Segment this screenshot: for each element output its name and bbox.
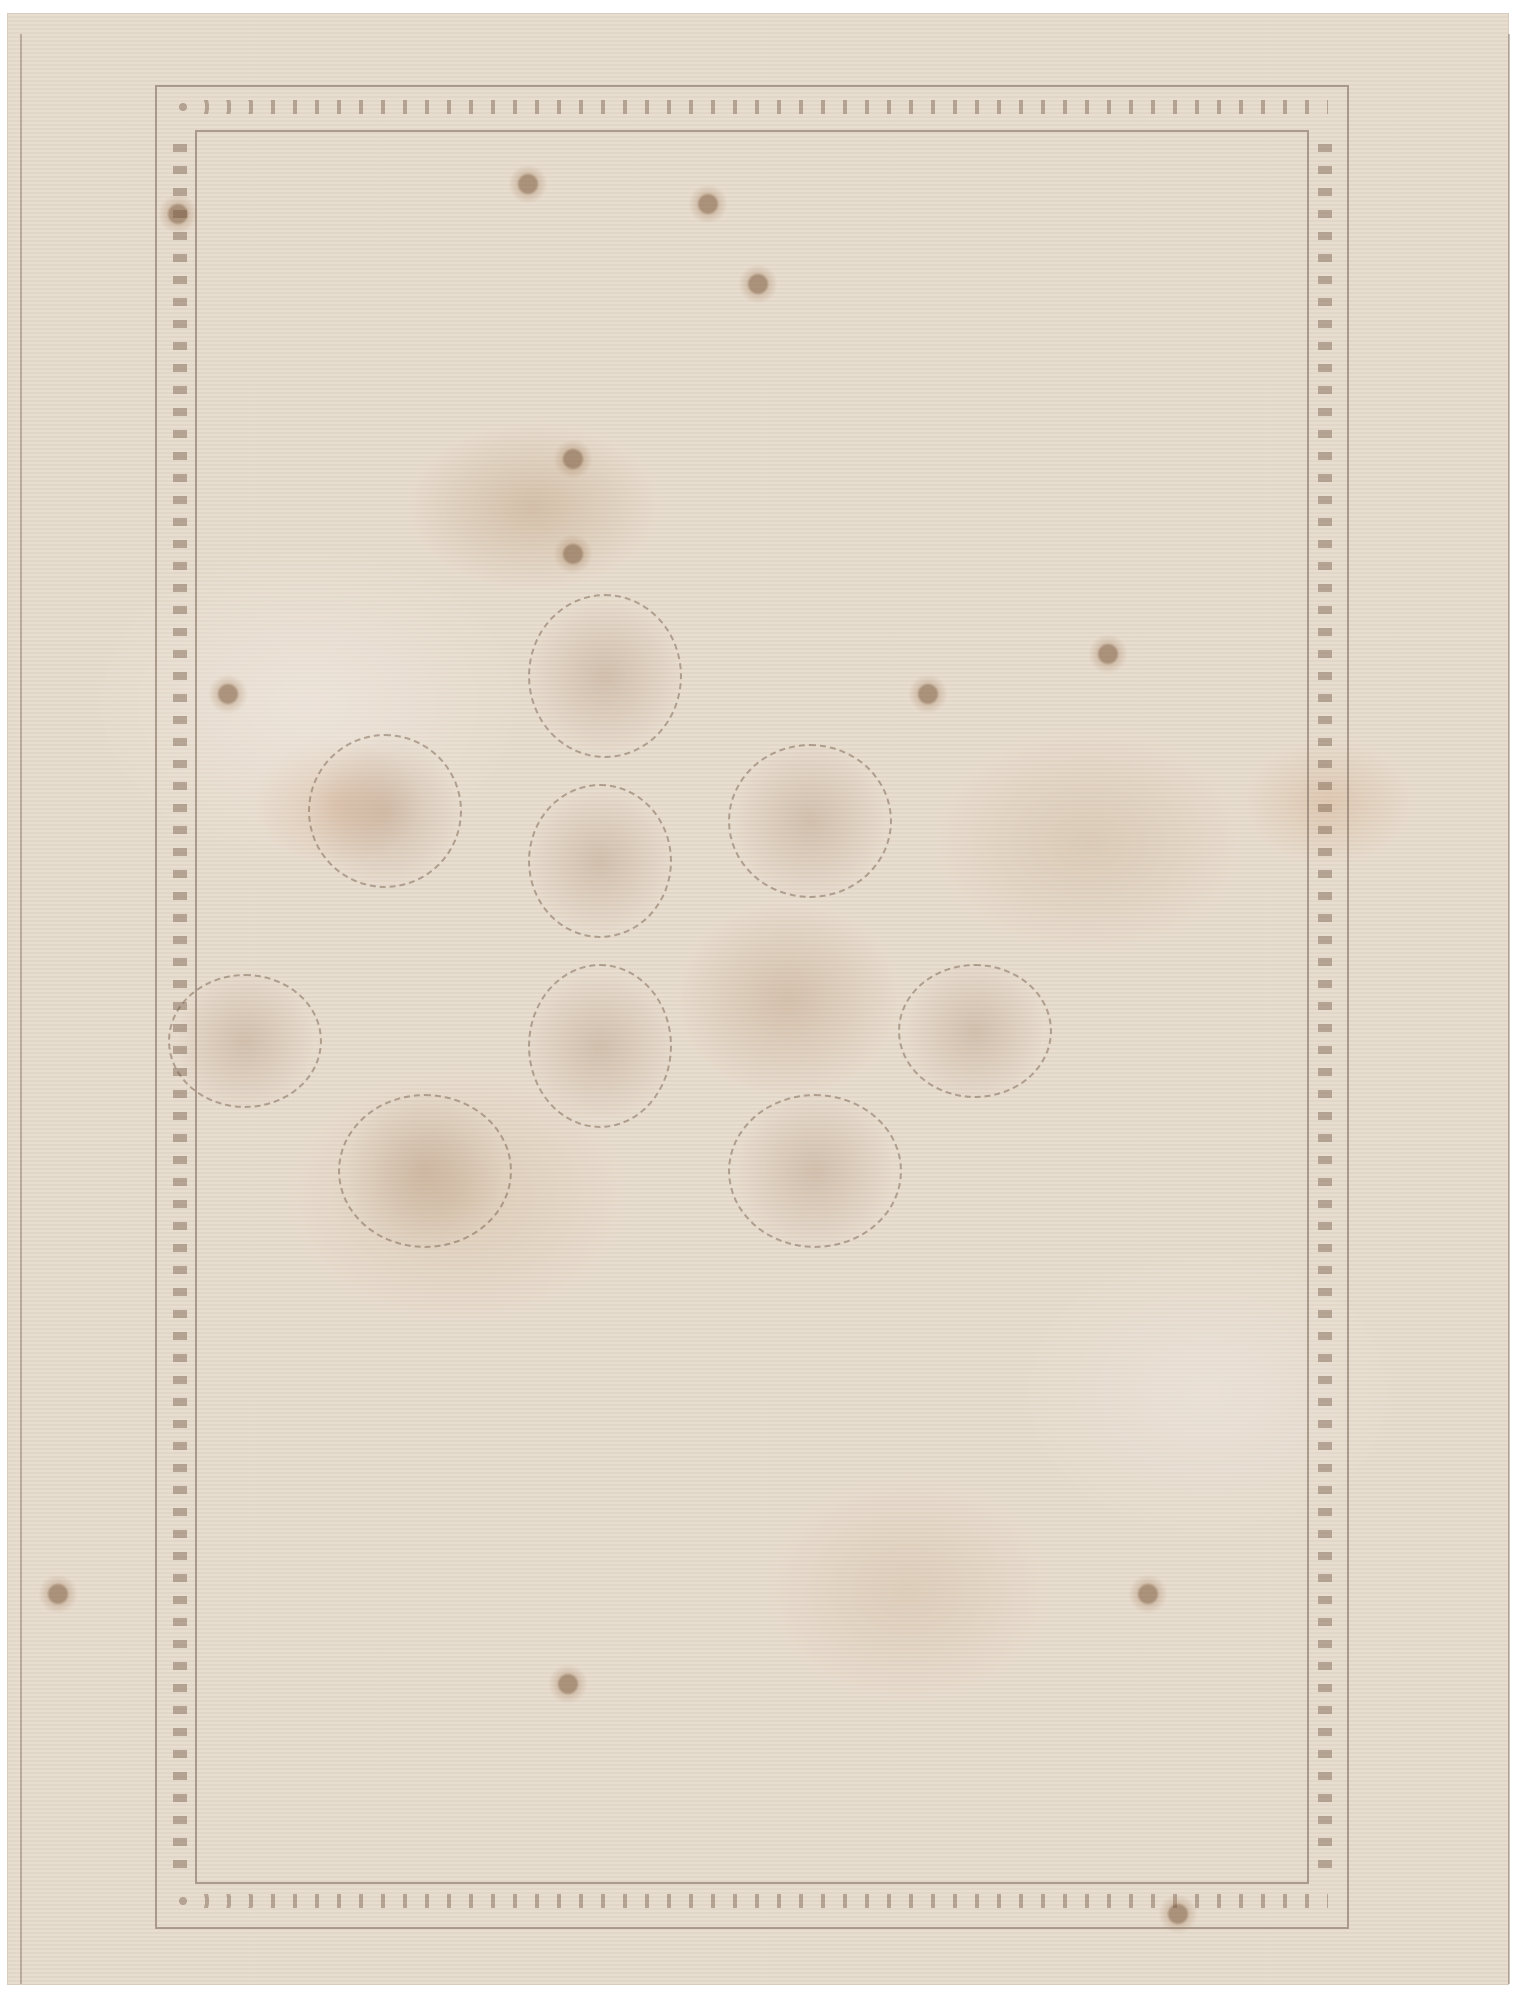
flower-motif <box>38 1574 78 1614</box>
flower-motif <box>208 674 248 714</box>
flower-motif <box>508 164 548 204</box>
flower-motif <box>1088 634 1128 674</box>
right-field-motif <box>898 964 1052 1098</box>
flower-motif <box>738 264 778 304</box>
center-lower-medallion <box>528 964 672 1128</box>
flower-motif <box>158 194 198 234</box>
flower-motif <box>553 439 593 479</box>
center-top-medallion <box>528 594 682 758</box>
guard-border-top-pattern <box>173 100 1328 114</box>
inner-field-border <box>195 130 1309 1884</box>
flower-motif <box>553 534 593 574</box>
rug-left-edge <box>20 34 22 1984</box>
rug <box>8 14 1508 1984</box>
flower-motif <box>908 674 948 714</box>
flower-motif <box>688 184 728 224</box>
center-medallion <box>528 784 672 938</box>
left-field-motif <box>168 974 322 1108</box>
left-rosette-motif <box>308 734 462 888</box>
lower-left-motif <box>338 1094 512 1248</box>
rug-right-edge <box>1508 34 1510 1984</box>
flower-motif <box>1158 1894 1198 1934</box>
guard-border-right-pattern <box>1318 144 1332 1874</box>
flower-motif <box>1128 1574 1168 1614</box>
flower-motif <box>548 1664 588 1704</box>
lower-right-motif <box>728 1094 902 1248</box>
guard-border-bottom-pattern <box>173 1894 1328 1908</box>
right-rosette-motif <box>728 744 892 898</box>
